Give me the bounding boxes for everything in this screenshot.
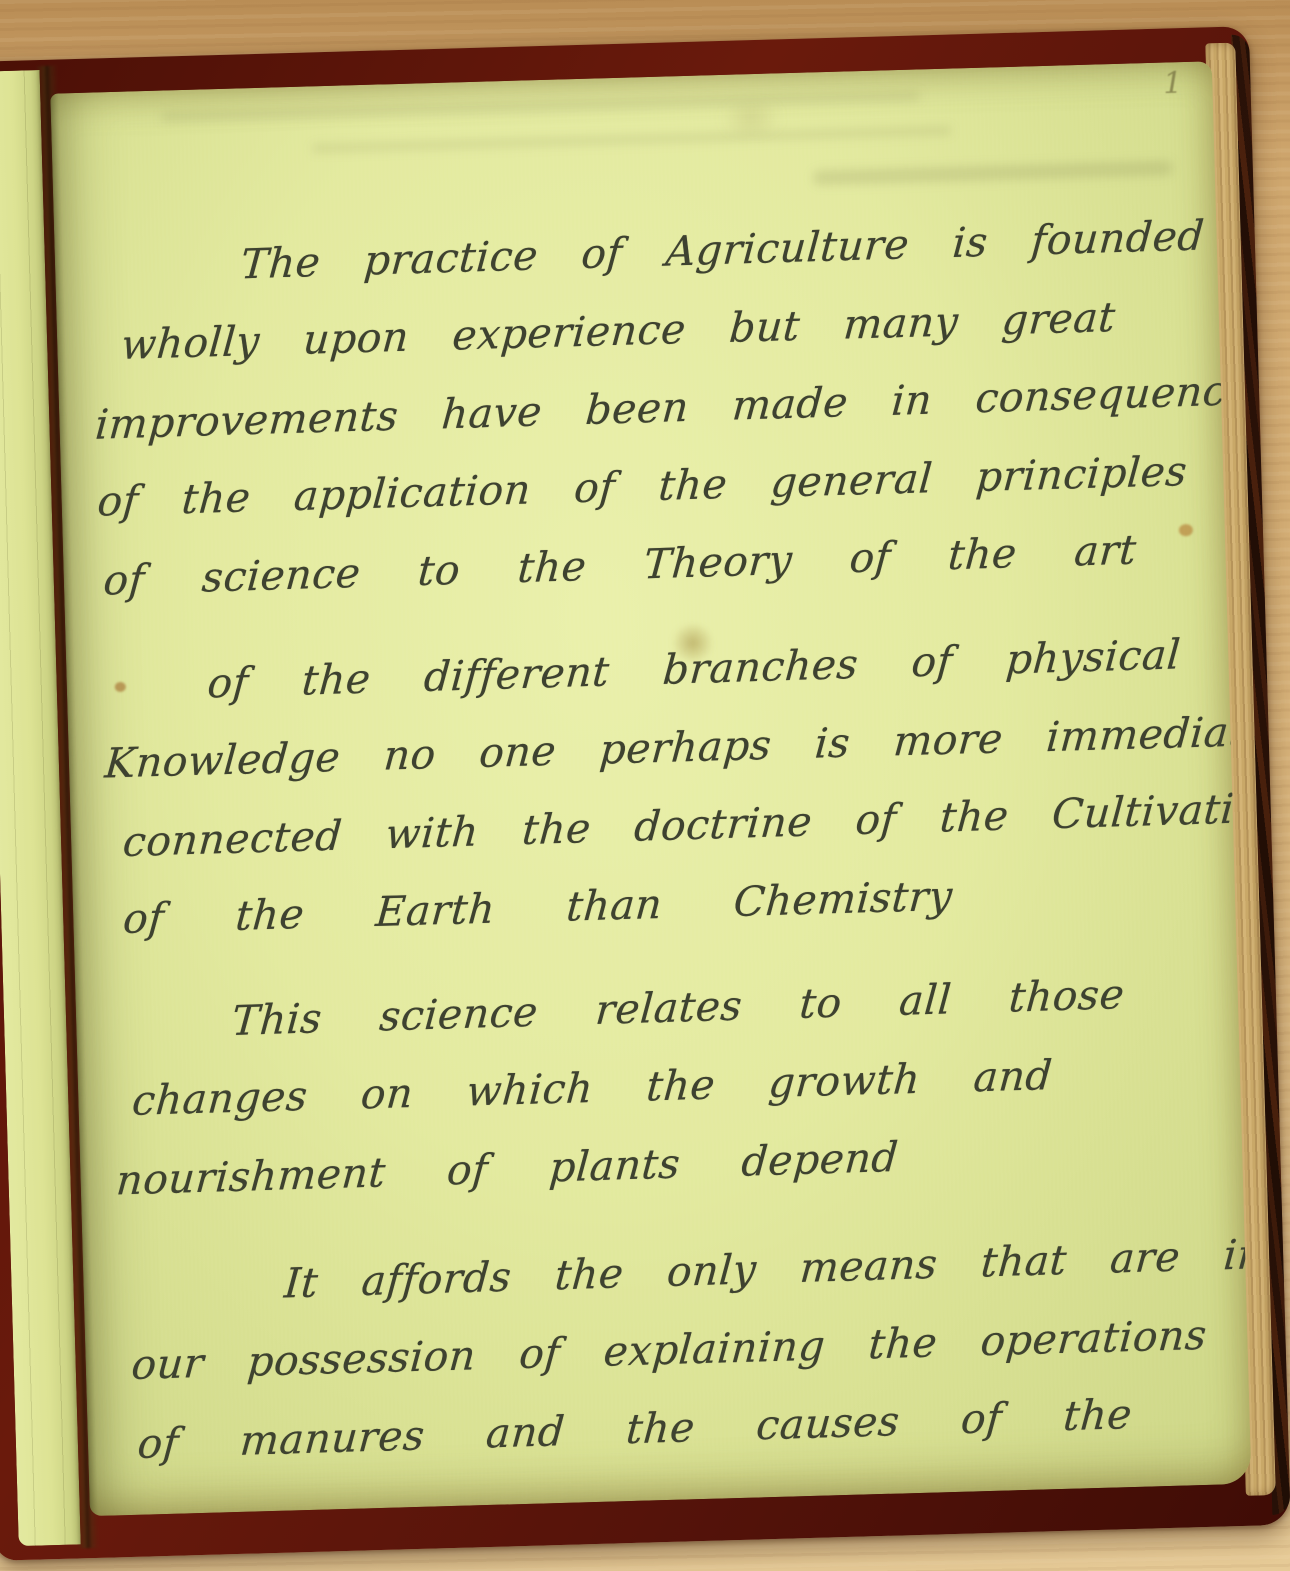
paragraph: The practice of Agriculture is foundedwh… <box>90 197 1226 618</box>
show-through <box>813 160 1173 185</box>
paragraph: of the different branches of physicalKno… <box>102 615 1236 958</box>
notebook-cover: 1 The practice of Agriculture is founded… <box>0 26 1290 1561</box>
show-through <box>312 127 952 153</box>
paragraph: This science relates to all thosechanges… <box>111 953 1243 1218</box>
show-through <box>161 91 921 121</box>
manuscript-page: 1 The practice of Agriculture is founded… <box>50 61 1251 1516</box>
page-number: 1 <box>1163 66 1183 102</box>
paragraph: It affords the only means that are inour… <box>119 1217 1251 1482</box>
manuscript-text: The practice of Agriculture is foundedwh… <box>90 197 1251 1482</box>
ink-stain <box>711 103 792 133</box>
